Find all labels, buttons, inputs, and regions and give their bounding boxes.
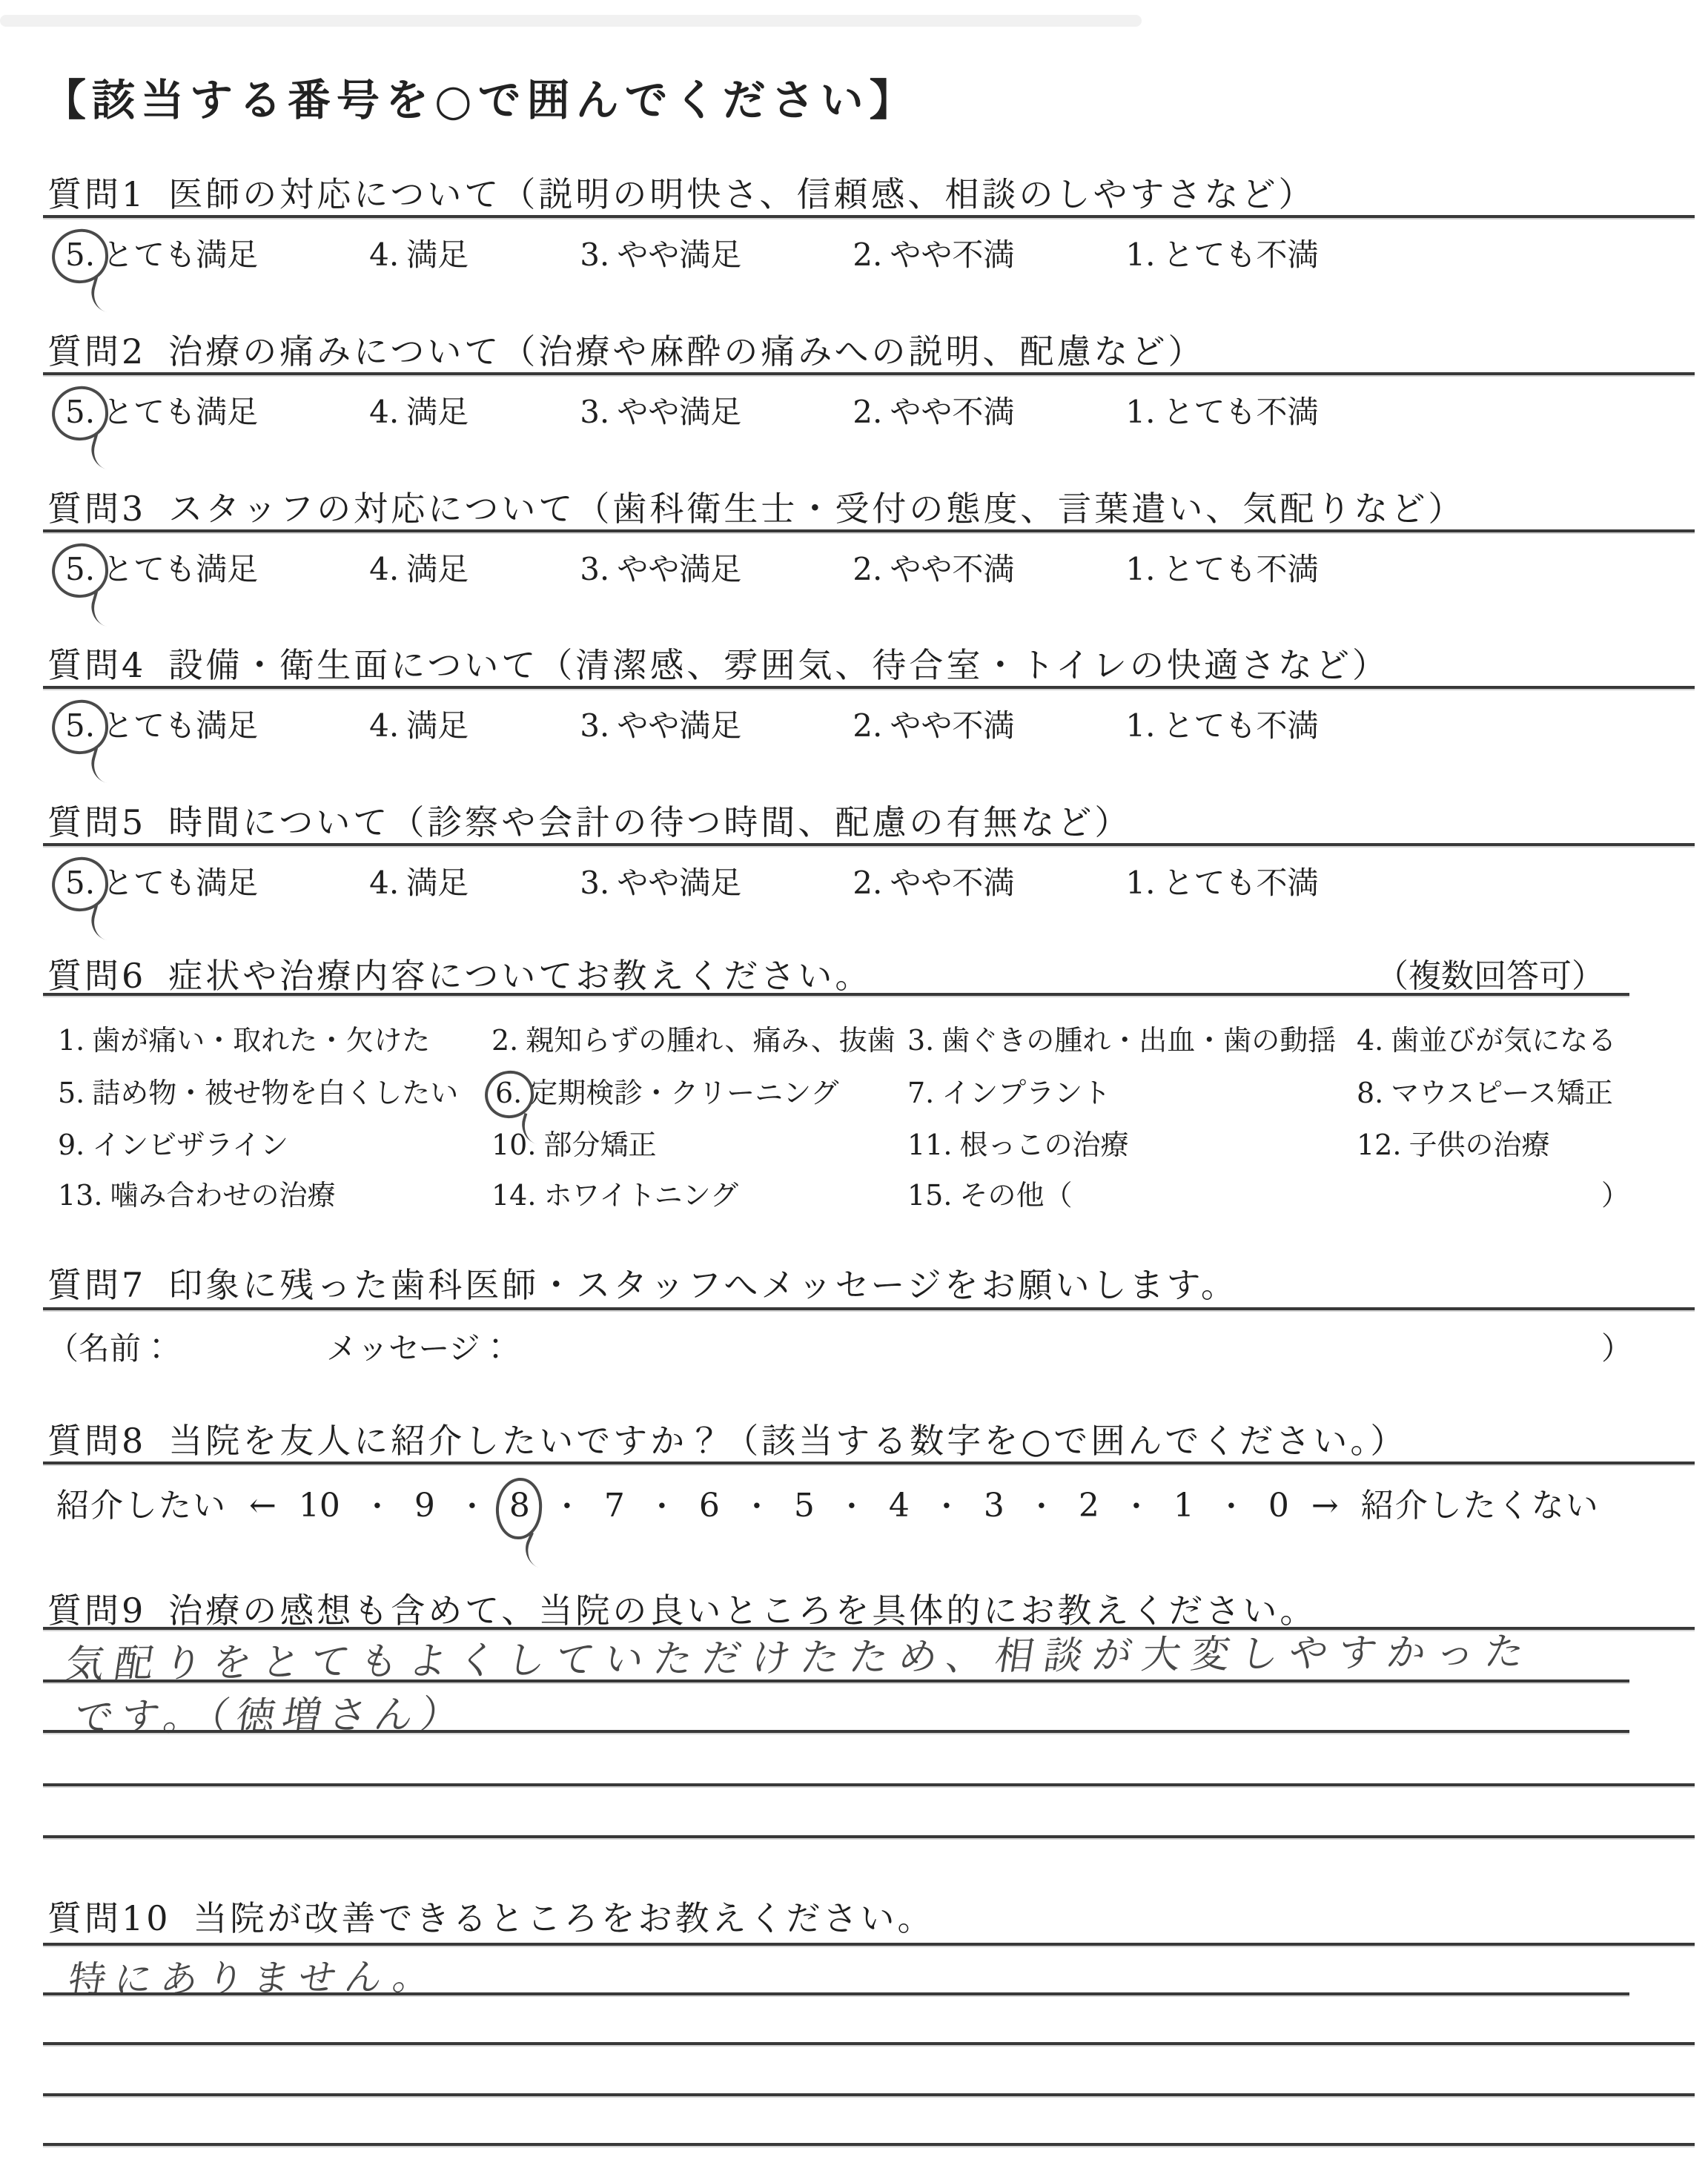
rating-option-very-dissatisfied: 1.とても不満: [1125, 545, 1318, 589]
option-label: 満足: [406, 551, 469, 587]
option-label: 歯並びが気になる: [1391, 1024, 1616, 1057]
question-7-heading: 質問7印象に残った歯科医師・スタッフへメッセージをお願いします。: [47, 1258, 1238, 1307]
answer-line: [43, 1783, 1695, 1786]
symptom-option-9: 9.インビザライン: [58, 1122, 288, 1163]
option-label: 満足: [406, 865, 469, 901]
rating-option-satisfied: 4.満足: [369, 859, 469, 903]
rating-option-very-satisfied: 5.とても満足: [65, 545, 258, 589]
option-number: 5.: [65, 865, 95, 901]
scale-number-8: 8: [509, 1487, 530, 1525]
option-number: 4.: [369, 865, 399, 901]
symptom-option-13: 13.噛み合わせの治療: [58, 1172, 335, 1213]
option-label: やや不満: [890, 394, 1014, 430]
name-field-label: （名前：: [47, 1324, 172, 1369]
rating-option-very-dissatisfied: 1.とても不満: [1125, 231, 1318, 275]
question-2-heading: 質問2治療の痛みについて（治療や麻酔の痛みへの説明、配慮など）: [47, 325, 1205, 374]
option-number: 3.: [580, 394, 609, 430]
rating-option-very-satisfied: 5.とても満足: [65, 859, 258, 903]
symptom-option-14: 14.ホワイトニング: [491, 1172, 738, 1213]
divider: [43, 529, 1695, 532]
option-number: 2.: [853, 237, 882, 273]
option-label: やや不満: [890, 865, 1014, 901]
separator-dot: ・: [363, 1483, 392, 1525]
option-label: 満足: [406, 394, 469, 430]
divider: [43, 993, 1629, 996]
scale-left-label: 紹介したい: [56, 1479, 227, 1526]
symptom-option-11: 11.根っこの治療: [907, 1122, 1128, 1163]
divider: [43, 686, 1695, 689]
option-number: 1.: [1125, 551, 1155, 587]
rating-option-somewhat-satisfied: 3.やや満足: [580, 545, 741, 589]
question-4-title: 設備・衛生面について（清潔感、雰囲気、待合室・トイレの快適さなど）: [168, 645, 1389, 685]
answer-circle-mark: 5.: [65, 707, 102, 744]
option-label: 根っこの治療: [959, 1129, 1128, 1161]
symptom-option-10: 10.部分矯正: [491, 1122, 656, 1163]
option-number: 10.: [491, 1129, 536, 1161]
rating-option-somewhat-satisfied: 3.やや満足: [580, 388, 741, 432]
question-6-title: 症状や治療内容についてお教えください。: [168, 956, 872, 996]
rating-option-satisfied: 4.満足: [369, 388, 469, 432]
divider: [43, 215, 1695, 218]
option-number: 2.: [853, 551, 882, 587]
question-1-options-row: 5.とても満足 4.満足 3.やや満足 2.やや不満 1.とても不満: [65, 231, 1318, 275]
option-label: 定期検診・クリーニング: [529, 1077, 838, 1109]
scale-number-3: 3: [984, 1487, 1004, 1525]
option-label: とても満足: [102, 551, 258, 587]
question-2-label: 質問2: [47, 331, 146, 371]
option-label: やや満足: [617, 865, 741, 901]
option-number: 12.: [1357, 1129, 1401, 1161]
rating-option-somewhat-dissatisfied: 2.やや不満: [853, 701, 1014, 746]
divider: [43, 1462, 1695, 1464]
rating-option-very-satisfied: 5.とても満足: [65, 231, 258, 275]
question-4-options-row: 5.とても満足 4.満足 3.やや満足 2.やや不満 1.とても不満: [65, 701, 1318, 746]
left-arrow-icon: ←: [249, 1487, 277, 1525]
question-1-label: 質問1: [47, 174, 146, 214]
option-number: 13.: [58, 1179, 102, 1212]
option-number: 7.: [907, 1077, 934, 1109]
option-number: 14.: [491, 1179, 536, 1212]
answer-circle-mark: 5.: [65, 394, 102, 430]
answer-circle-mark: 5.: [65, 865, 102, 901]
option-number: 2.: [491, 1024, 518, 1057]
symptom-option-5: 5.詰め物・被せ物を白くしたい: [58, 1070, 458, 1111]
question-3-heading: 質問3スタッフの対応について（歯科衛生士・受付の態度、言葉遣い、気配りなど）: [47, 482, 1465, 531]
option-number: 3.: [907, 1024, 934, 1057]
question-3-label: 質問3: [47, 489, 146, 529]
separator-dot: ・: [742, 1483, 772, 1525]
separator-dot: ・: [1027, 1483, 1056, 1525]
option-number: 15.: [907, 1179, 952, 1212]
answer-circle-mark: 6.: [495, 1077, 529, 1109]
rating-option-somewhat-dissatisfied: 2.やや不満: [853, 388, 1014, 432]
answer-line: [43, 2143, 1695, 2146]
option-number: 3.: [580, 237, 609, 273]
option-number: 2.: [853, 865, 882, 901]
rating-option-somewhat-satisfied: 3.やや満足: [580, 859, 741, 903]
answer-line: [43, 2093, 1695, 2096]
symptom-option-2: 2.親知らずの腫れ、痛み、抜歯: [491, 1017, 896, 1058]
handwritten-answer-line-2: です。（徳増さん）: [71, 1682, 471, 1742]
option-number: 5.: [65, 394, 95, 430]
question-9-label: 質問9: [47, 1591, 146, 1631]
option-label: 部分矯正: [543, 1129, 656, 1161]
option-number: 4.: [369, 551, 399, 587]
option-label: やや不満: [890, 237, 1014, 273]
scale-number-5: 5: [794, 1487, 815, 1525]
option-label: とても不満: [1162, 237, 1318, 273]
option-label: やや満足: [617, 707, 741, 744]
rating-option-very-satisfied: 5.とても満足: [65, 701, 258, 746]
scale-number-0: 0: [1268, 1487, 1289, 1525]
divider: [43, 372, 1695, 375]
option-label: 満足: [406, 707, 469, 744]
option-label: 歯が痛い・取れた・欠けた: [92, 1024, 430, 1057]
option-label: とても満足: [102, 237, 258, 273]
option-number: 2.: [853, 707, 882, 744]
message-field-label: メッセージ：: [326, 1324, 511, 1369]
option-label: 詰め物・被せ物を白くしたい: [92, 1077, 458, 1109]
rating-option-somewhat-satisfied: 3.やや満足: [580, 231, 741, 275]
rating-option-satisfied: 4.満足: [369, 701, 469, 746]
option-number: 1.: [58, 1024, 85, 1057]
message-close-paren: ）: [1601, 1324, 1632, 1369]
option-label: その他（: [959, 1179, 1072, 1212]
survey-form-page: 【該当する番号を○で囲んでください】 質問1医師の対応について（説明の明快さ、信…: [0, 0, 1708, 2160]
rating-option-somewhat-dissatisfied: 2.やや不満: [853, 545, 1014, 589]
question-4-heading: 質問4設備・衛生面について（清潔感、雰囲気、待合室・トイレの快適さなど）: [47, 638, 1389, 687]
scale-number-10: 10: [299, 1487, 340, 1525]
scale-right-label: 紹介したくない: [1361, 1479, 1600, 1526]
symptom-option-1: 1.歯が痛い・取れた・欠けた: [58, 1017, 430, 1058]
separator-dot: ・: [837, 1483, 867, 1525]
question-5-label: 質問5: [47, 802, 146, 842]
rating-option-very-dissatisfied: 1.とても不満: [1125, 859, 1318, 903]
separator-dot: ・: [1217, 1483, 1246, 1525]
scan-artifact-band: [0, 15, 1142, 27]
option-number: 5.: [65, 237, 95, 273]
option-number: 5.: [65, 551, 95, 587]
question-4-label: 質問4: [47, 645, 146, 685]
question-10-label: 質問10: [47, 1898, 171, 1938]
symptom-option-12: 12.子供の治療: [1357, 1122, 1549, 1163]
option-number: 9.: [58, 1129, 85, 1161]
scale-number-4: 4: [889, 1487, 910, 1525]
answer-circle-mark: 8: [509, 1487, 530, 1525]
option-number: 1.: [1125, 865, 1155, 901]
option-label: ホワイトニング: [543, 1179, 738, 1212]
answer-circle-mark: 5.: [65, 237, 102, 273]
separator-dot: ・: [647, 1483, 677, 1525]
option-number: 5.: [65, 707, 95, 744]
option-label: マウスピース矯正: [1391, 1077, 1612, 1109]
question-8-label: 質問8: [47, 1421, 146, 1461]
option-number: 5.: [58, 1077, 85, 1109]
question-6-heading: 質問6症状や治療内容についてお教えください。: [47, 949, 872, 998]
option-label: やや不満: [890, 707, 1014, 744]
answer-line: [43, 2042, 1695, 2045]
option-label: とても満足: [102, 707, 258, 744]
divider: [43, 1943, 1695, 1946]
rating-option-very-satisfied: 5.とても満足: [65, 388, 258, 432]
separator-dot: ・: [1122, 1483, 1151, 1525]
page-title: 【該当する番号を○で囲んでください】: [43, 65, 918, 128]
scale-number-2: 2: [1079, 1487, 1099, 1525]
option-label: 噛み合わせの治療: [110, 1179, 335, 1212]
option-label: とても満足: [102, 394, 258, 430]
symptom-option-6: 6.定期検診・クリーニング: [495, 1070, 839, 1111]
option-number: 11.: [907, 1129, 952, 1161]
option-number: 4.: [369, 394, 399, 430]
option-number: 3.: [580, 551, 609, 587]
question-2-title: 治療の痛みについて（治療や麻酔の痛みへの説明、配慮など）: [168, 331, 1205, 371]
divider: [43, 1307, 1695, 1310]
scale-number-6: 6: [699, 1487, 720, 1525]
option-label: インプラント: [941, 1077, 1110, 1109]
question-8-title: 当院を友人に紹介したいですか？（該当する数字を○で囲んでください。）: [168, 1421, 1407, 1461]
separator-dot: ・: [457, 1483, 487, 1525]
scale-number-7: 7: [604, 1487, 625, 1525]
option-label: インビザライン: [92, 1129, 288, 1161]
option-label: 歯ぐきの腫れ・出血・歯の動揺: [941, 1024, 1336, 1057]
question-7-title: 印象に残った歯科医師・スタッフへメッセージをお願いします。: [168, 1265, 1238, 1305]
question-8-heading: 質問8当院を友人に紹介したいですか？（該当する数字を○で囲んでください。）: [47, 1414, 1407, 1463]
rating-option-somewhat-satisfied: 3.やや満足: [580, 701, 741, 746]
question-5-title: 時間について（診察や会計の待つ時間、配慮の有無など）: [168, 802, 1131, 842]
answer-circle-mark: 5.: [65, 551, 102, 587]
question-1-heading: 質問1医師の対応について（説明の明快さ、信頼感、相談のしやすさなど）: [47, 168, 1316, 217]
question-5-heading: 質問5時間について（診察や会計の待つ時間、配慮の有無など）: [47, 796, 1131, 845]
answer-line: [43, 1730, 1629, 1733]
separator-dot: ・: [552, 1483, 582, 1525]
option-number: 3.: [580, 865, 609, 901]
rating-option-somewhat-dissatisfied: 2.やや不満: [853, 859, 1014, 903]
option-number: 2.: [853, 394, 882, 430]
rating-option-satisfied: 4.満足: [369, 231, 469, 275]
symptom-option-15-other: 15.その他（: [907, 1172, 1072, 1213]
option-number: 4.: [1357, 1024, 1383, 1057]
option-label: とても不満: [1162, 551, 1318, 587]
answer-line: [43, 1680, 1629, 1682]
answer-line: [43, 1835, 1695, 1838]
option-number: 1.: [1125, 237, 1155, 273]
option-label: とても不満: [1162, 394, 1318, 430]
symptom-option-3: 3.歯ぐきの腫れ・出血・歯の動揺: [907, 1017, 1336, 1058]
option-number: 1.: [1125, 707, 1155, 744]
rating-option-satisfied: 4.満足: [369, 545, 469, 589]
symptom-option-7: 7.インプラント: [907, 1070, 1110, 1111]
question-2-options-row: 5.とても満足 4.満足 3.やや満足 2.やや不満 1.とても不満: [65, 388, 1318, 432]
option-number: 6.: [495, 1077, 522, 1109]
option-label: とても満足: [102, 865, 258, 901]
scale-number-1: 1: [1174, 1487, 1194, 1525]
symptom-option-8: 8.マウスピース矯正: [1357, 1070, 1613, 1111]
option-label: 親知らずの腫れ、痛み、抜歯: [526, 1024, 896, 1057]
option-label: やや不満: [890, 551, 1014, 587]
rating-option-very-dissatisfied: 1.とても不満: [1125, 388, 1318, 432]
question-10-heading: 質問10当院が改善できるところをお教えください。: [47, 1892, 935, 1941]
option-label: 満足: [406, 237, 469, 273]
rating-option-somewhat-dissatisfied: 2.やや不満: [853, 231, 1014, 275]
scale-number-9: 9: [414, 1487, 435, 1525]
option-label: やや満足: [617, 237, 741, 273]
question-7-label: 質問7: [47, 1265, 146, 1305]
option-label: やや満足: [617, 551, 741, 587]
option-label: とても不満: [1162, 707, 1318, 744]
other-field-close-paren: ）: [1601, 1172, 1629, 1213]
nps-scale-row: 紹介したい ← 10 ・ 9 ・ 8 ・ 7 ・ 6 ・ 5 ・ 4 ・ 3 ・…: [56, 1479, 1600, 1526]
option-number: 4.: [369, 237, 399, 273]
handwritten-answer-line-1: 気配りをとてもよくしていただけたため、相談が大変しやすかった: [62, 1620, 1539, 1688]
option-label: とても不満: [1162, 865, 1318, 901]
option-number: 4.: [369, 707, 399, 744]
question-10-title: 当院が改善できるところをお教えください。: [193, 1898, 935, 1938]
question-5-options-row: 5.とても満足 4.満足 3.やや満足 2.やや不満 1.とても不満: [65, 859, 1318, 903]
question-1-title: 医師の対応について（説明の明快さ、信頼感、相談のしやすさなど）: [168, 174, 1315, 214]
option-number: 8.: [1357, 1077, 1383, 1109]
multiple-answers-note: （複数回答可）: [1376, 949, 1604, 997]
option-label: やや満足: [617, 394, 741, 430]
option-number: 3.: [580, 707, 609, 744]
question-6-label: 質問6: [47, 956, 146, 996]
symptom-option-4: 4.歯並びが気になる: [1357, 1017, 1616, 1058]
rating-option-very-dissatisfied: 1.とても不満: [1125, 701, 1318, 746]
question-3-title: スタッフの対応について（歯科衛生士・受付の態度、言葉遣い、気配りなど）: [168, 489, 1465, 529]
answer-line: [43, 1992, 1629, 1995]
right-arrow-icon: →: [1311, 1487, 1339, 1525]
option-number: 1.: [1125, 394, 1155, 430]
separator-dot: ・: [932, 1483, 961, 1525]
option-label: 子供の治療: [1409, 1129, 1549, 1161]
divider: [43, 843, 1695, 846]
question-3-options-row: 5.とても満足 4.満足 3.やや満足 2.やや不満 1.とても不満: [65, 545, 1318, 589]
